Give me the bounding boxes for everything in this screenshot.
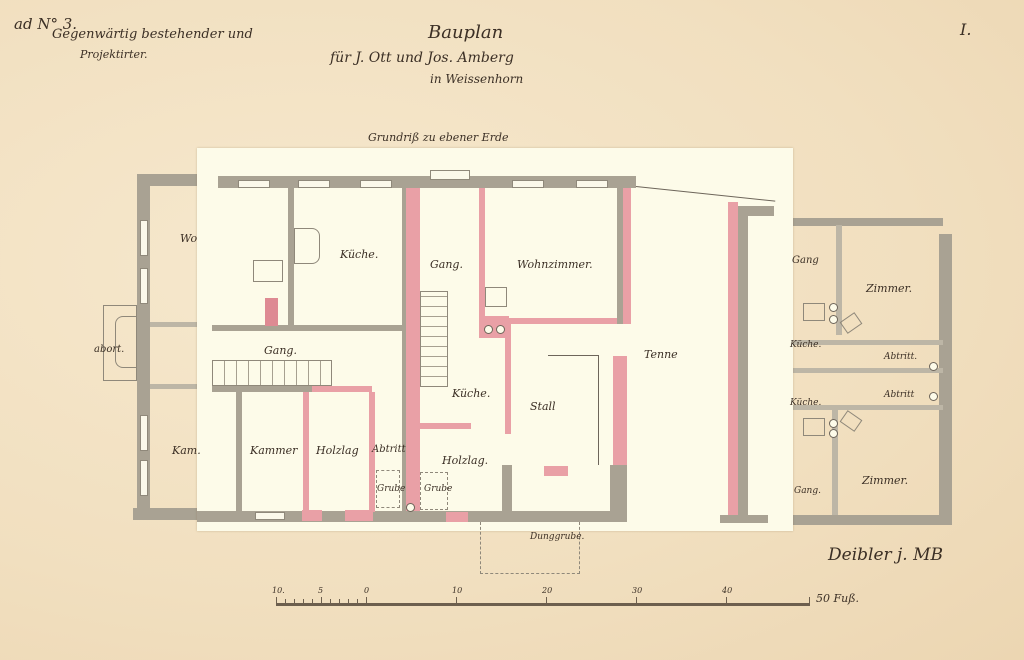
- room-label-kueche-right-2: Küche.: [790, 398, 821, 408]
- room-label-kueche-mid: Küche.: [452, 387, 490, 400]
- room-label-abort: abort.: [94, 344, 124, 355]
- room-label-gang-right-bottom: Gang.: [794, 486, 821, 496]
- room-label-gang-right-top: Gang: [792, 255, 819, 266]
- room-label-grube-left: Grube: [377, 484, 405, 494]
- room-label-kammer-left: Kam.: [172, 444, 201, 457]
- room-label-grube-mid: Grube: [424, 484, 452, 494]
- scale-label-30: 30: [632, 586, 642, 595]
- scale-label-0: 0: [364, 586, 369, 595]
- room-label-kueche-top: Küche.: [340, 248, 378, 261]
- room-label-stall: Stall: [530, 400, 556, 413]
- room-label-gang-mid: Gang.: [264, 344, 297, 357]
- scale-label-10: 10: [452, 586, 462, 595]
- stairs-gang: [212, 360, 332, 386]
- room-label-kammer: Kammer: [250, 444, 297, 457]
- room-label-abtritt-left: Abtritt: [372, 444, 406, 455]
- document-title: Bauplan: [428, 22, 503, 43]
- room-label-wohnzimmer-left: Wo: [180, 232, 197, 245]
- room-label-dunggrube: Dunggrube.: [530, 532, 584, 542]
- room-label-holzlag-left: Holzlag: [316, 444, 359, 457]
- room-label-abtritt-right-2: Abtritt: [884, 390, 914, 400]
- document-subtitle: für J. Ott und Jos. Amberg: [330, 50, 514, 66]
- sheet-number: I.: [960, 20, 971, 39]
- room-label-gang-top: Gang.: [430, 258, 463, 271]
- dunggrube-outline: [480, 522, 580, 574]
- room-label-tenne: Tenne: [644, 348, 678, 361]
- scale-label-5: 5: [318, 586, 323, 595]
- stairs-hall: [420, 291, 448, 387]
- scale-label-10-left: 10.: [272, 586, 285, 595]
- room-label-zimmer-right-top: Zimmer.: [866, 282, 912, 295]
- room-label-abtritt-right-1: Abtritt.: [884, 352, 917, 362]
- scale-label-20: 20: [542, 586, 552, 595]
- overlay-flap: [197, 148, 793, 531]
- note-line-2: Projektirter.: [80, 48, 148, 61]
- room-label-wohnzimmer-mid: Wohnzimmer.: [517, 258, 593, 271]
- room-label-holzlag-mid: Holzlag.: [442, 454, 488, 467]
- plan-heading: Grundriß zu ebener Erde: [368, 131, 509, 144]
- note-line-1: Gegenwärtig bestehender und: [52, 27, 253, 42]
- scale-label-40: 40: [722, 586, 732, 595]
- room-label-zimmer-right-bottom: Zimmer.: [862, 474, 908, 487]
- document-location: in Weissenhorn: [430, 72, 523, 86]
- scale-unit-label: 50 Fuß.: [816, 592, 859, 605]
- signature: Deibler j. MB: [828, 545, 943, 565]
- room-label-kueche-right-1: Küche.: [790, 340, 821, 350]
